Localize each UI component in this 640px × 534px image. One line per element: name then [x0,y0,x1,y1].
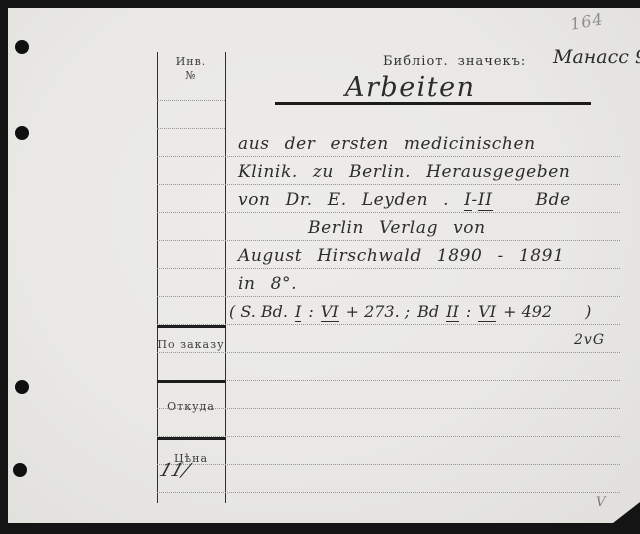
ruled-line [157,268,620,269]
card-title: Arbeiten [345,72,476,103]
ruled-line [157,100,225,101]
section-divider [157,325,226,328]
ruled-line [157,492,620,493]
library-mark-label: Библіот. значекъ: [383,54,526,69]
ruled-line [157,380,620,381]
inventory-number-label: Инв. № [157,55,225,83]
section-divider [157,380,226,383]
collation-open: ( S. Bd. [229,302,288,321]
ruled-line [157,408,620,409]
body-line-5: August Hirschwald 1890 - 1891 [238,246,565,266]
order-label: По заказу [157,338,225,352]
roman-numeral: I [295,302,301,322]
punch-hole [15,380,29,394]
body-line-6: in 8°. [238,274,297,294]
ruled-line [157,184,620,185]
price-value-handwritten: 11/ [157,460,193,481]
punch-hole [15,126,29,140]
collation-text: + 492 [503,302,552,321]
body-line-1: aus der ersten medicinischen [238,134,536,154]
leyden-prefix: von Dr. E. Leyden . [238,190,449,210]
punch-hole [13,463,27,477]
body-line-2: Klinik. zu Berlin. Herausgegeben [238,162,571,182]
ruled-line [157,128,225,129]
volume-dash: - [472,190,478,210]
inventory-label-line2: № [157,69,225,83]
collation-text: Bd [417,302,439,321]
origin-label: Откуда [157,400,225,414]
collation-line: ( S. Bd. I : VI + 273. ; Bd II : VI + 49… [229,302,591,322]
volume-numeral-2: II [478,190,493,211]
body-line-4: Berlin Verlag von [308,218,486,238]
ruled-line [157,464,620,465]
check-mark: V [596,495,605,510]
leyden-suffix: Bde [536,190,571,210]
catalog-card: Инв. № По заказу Откуда Цѣна 11/ 164 Биб… [8,8,640,523]
volume-numeral-1: I [464,190,471,211]
section-divider [157,437,226,440]
collation-text: : [466,302,471,321]
pencil-page-number: 164 [569,9,605,34]
inventory-label-line1: Инв. [157,55,225,69]
title-underline [275,102,591,105]
collation-close: ) [585,302,591,321]
roman-numeral: II [446,302,459,322]
library-mark-value: Манасс 9634. [553,46,640,68]
volumes-note: 2vG [574,332,605,348]
collation-text: : [308,302,313,321]
roman-numeral: VI [478,302,496,322]
roman-numeral: VI [321,302,339,322]
ruled-line [157,212,620,213]
ruled-line [157,352,620,353]
ruled-line [157,156,620,157]
ruled-line [157,436,620,437]
scanner-background: Инв. № По заказу Откуда Цѣна 11/ 164 Биб… [0,0,640,534]
ruled-line [157,296,620,297]
body-line-3: von Dr. E. Leyden . I-II Bde [238,190,571,210]
punch-hole [15,40,29,54]
collation-text: + 273. ; [346,302,411,321]
ruled-line [157,324,620,325]
ruled-line [157,240,620,241]
